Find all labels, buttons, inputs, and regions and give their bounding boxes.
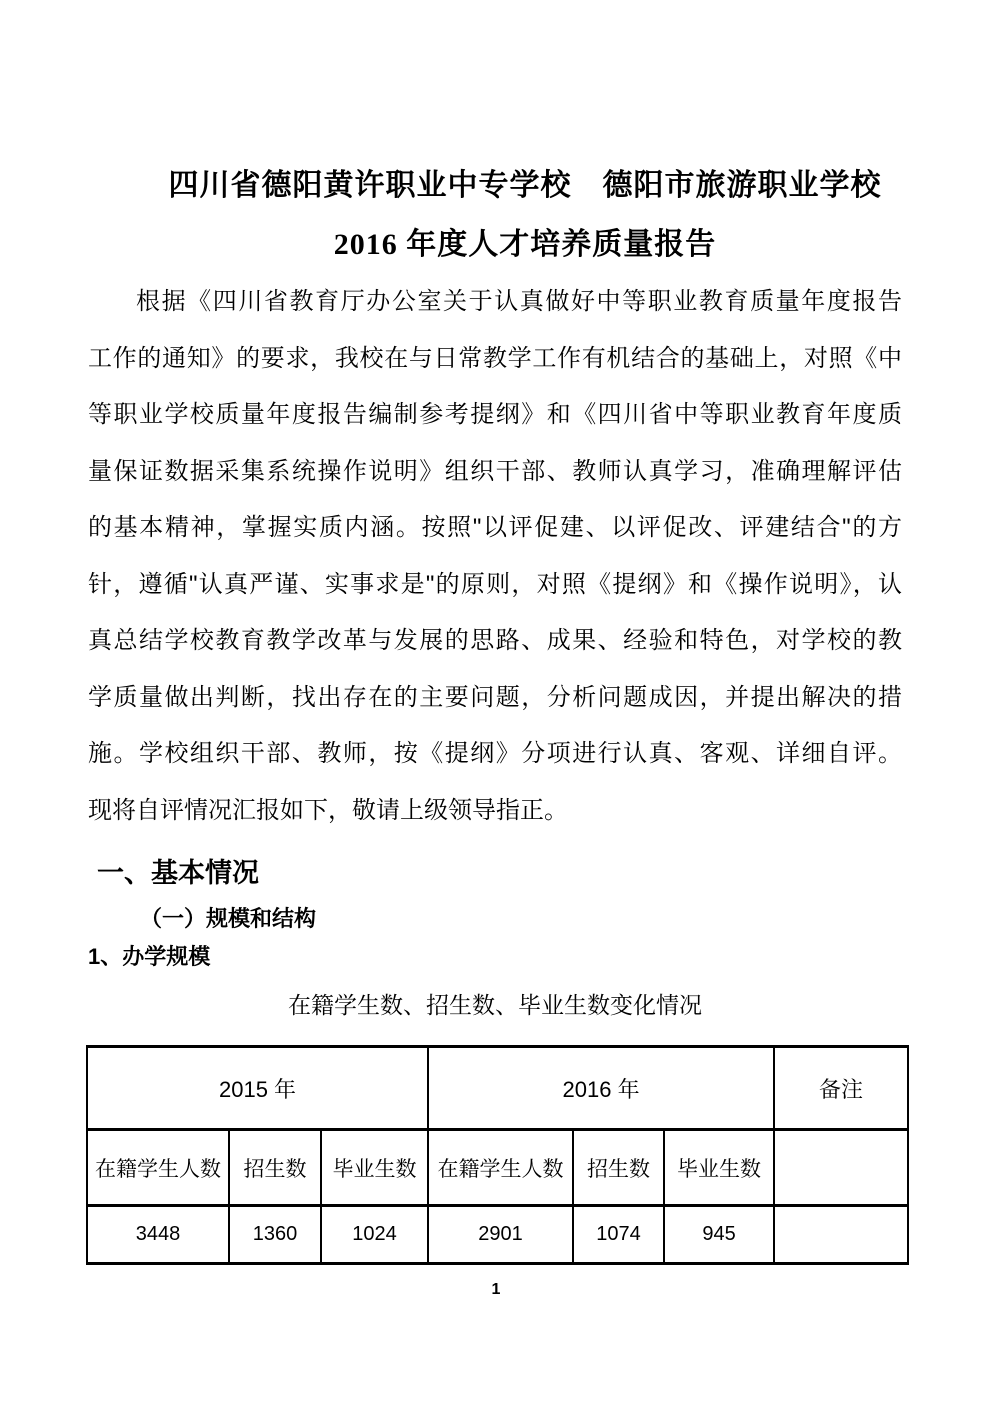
- table-subheader-admitted-2016: 招生数: [573, 1130, 664, 1206]
- table-row-subheaders: 在籍学生人数 招生数 毕业生数 在籍学生人数 招生数 毕业生数: [87, 1130, 908, 1206]
- paragraph-line-3: 等职业学校质量年度报告编制参考提纲》和《四川省中等职业教育年度质: [88, 387, 902, 444]
- table-cell-remark-value-empty: [774, 1206, 908, 1264]
- document-title-line2: 2016 年度人才培养质量报告: [0, 219, 992, 263]
- table-value-admitted-2015: 1360: [229, 1206, 321, 1264]
- table-subheader-graduates-2016: 毕业生数: [664, 1130, 774, 1206]
- subsection-heading-scale-structure: （一）规模和结构: [140, 902, 316, 933]
- table-value-graduates-2015: 1024: [321, 1206, 428, 1264]
- table-value-graduates-2016: 945: [664, 1206, 774, 1264]
- table-subheader-enrolled-2016: 在籍学生人数: [428, 1130, 573, 1206]
- paragraph-line-2: 工作的通知》的要求，我校在与日常教学工作有机结合的基础上，对照《中: [88, 331, 902, 388]
- table-subheader-graduates-2015: 毕业生数: [321, 1130, 428, 1206]
- document-page: 四川省德阳黄许职业中专学校 德阳市旅游职业学校 2016 年度人才培养质量报告 …: [0, 0, 992, 1403]
- document-title-line1: 四川省德阳黄许职业中专学校 德阳市旅游职业学校: [0, 160, 992, 204]
- table-header-year-2015: 2015 年: [87, 1047, 428, 1130]
- table-header-year-2016: 2016 年: [428, 1047, 774, 1130]
- page-number: 1: [0, 1281, 992, 1299]
- paragraph-line-5: 的基本精神，掌握实质内涵。按照"以评促建、以评促改、评建结合"的方: [88, 500, 902, 557]
- paragraph-line-7: 真总结学校教育教学改革与发展的思路、成果、经验和特色，对学校的教: [88, 613, 902, 670]
- table-row-values: 3448 1360 1024 2901 1074 945: [87, 1206, 908, 1264]
- paragraph-line-6: 针，遵循"认真严谨、实事求是"的原则，对照《提纲》和《操作说明》，认: [88, 557, 902, 614]
- paragraph-line-9: 施。学校组织干部、教师，按《提纲》分项进行认真、客观、详细自评。: [88, 726, 902, 783]
- table-subheader-admitted-2015: 招生数: [229, 1130, 321, 1206]
- table-value-enrolled-2016: 2901: [428, 1206, 573, 1264]
- subsubsection-heading-school-scale: 1、办学规模: [88, 940, 210, 971]
- paragraph-line-10: 现将自评情况汇报如下，敬请上级领导指正。: [88, 783, 902, 840]
- paragraph-line-1: 根据《四川省教育厅办公室关于认真做好中等职业教育质量年度报告: [88, 274, 902, 331]
- paragraph-line-8: 学质量做出判断，找出存在的主要问题，分析问题成因，并提出解决的措: [88, 670, 902, 727]
- table-cell-remark-empty: [774, 1130, 908, 1206]
- table-caption: 在籍学生数、招生数、毕业生数变化情况: [88, 987, 902, 1020]
- table-row-years: 2015 年 2016 年 备注: [87, 1047, 908, 1130]
- table-header-remark: 备注: [774, 1047, 908, 1130]
- section-heading-basic-situation: 一、基本情况: [97, 851, 259, 890]
- table-subheader-enrolled-2015: 在籍学生人数: [87, 1130, 229, 1206]
- paragraph-line-4: 量保证数据采集系统操作说明》组织干部、教师认真学习，准确理解评估: [88, 444, 902, 501]
- table-value-admitted-2016: 1074: [573, 1206, 664, 1264]
- student-statistics-table: 2015 年 2016 年 备注 在籍学生人数 招生数 毕业生数 在籍学生人数 …: [86, 1045, 909, 1265]
- table-value-enrolled-2015: 3448: [87, 1206, 229, 1264]
- intro-paragraph: 根据《四川省教育厅办公室关于认真做好中等职业教育质量年度报告 工作的通知》的要求…: [88, 274, 902, 839]
